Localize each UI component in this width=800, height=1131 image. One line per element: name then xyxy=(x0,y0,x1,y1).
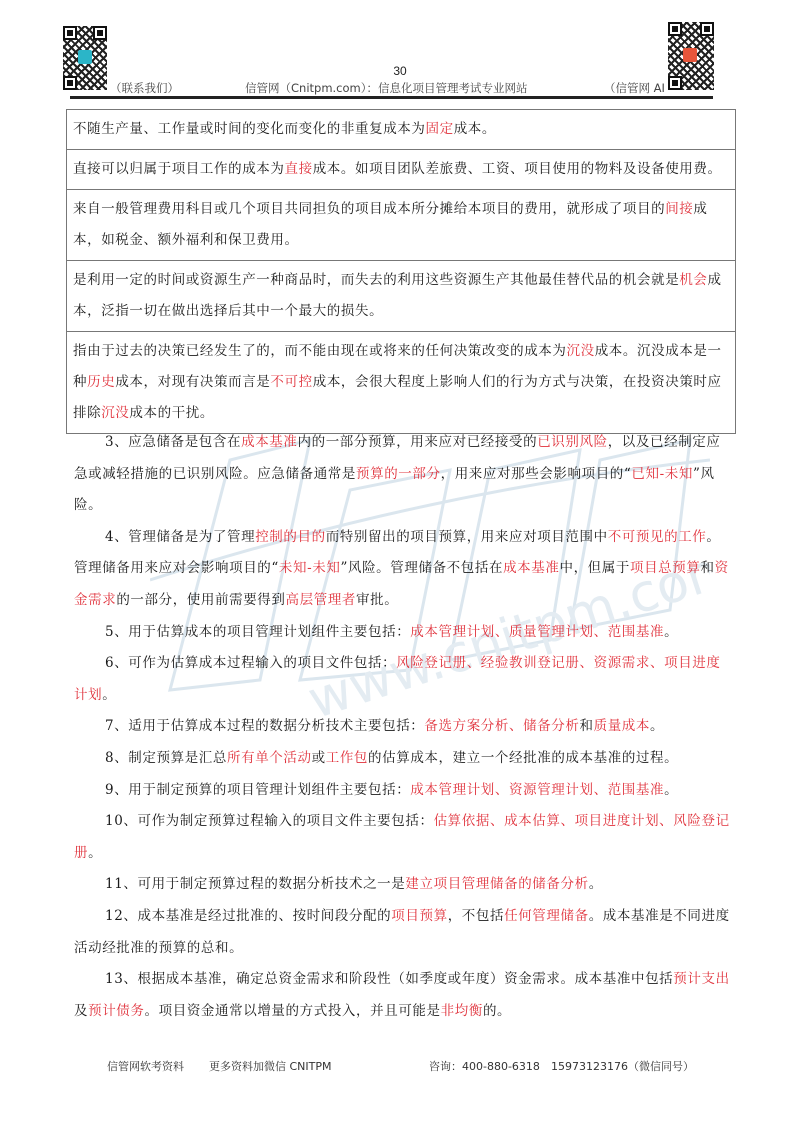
highlighted-term: 不可控 xyxy=(270,374,312,390)
highlighted-term: 高层管理者 xyxy=(286,592,357,608)
text-run: 。 xyxy=(664,624,678,640)
numbered-paragraph: 8、制定预算是汇总所有单个活动或工作包的估算成本，建立一个经批准的成本基准的过程… xyxy=(74,743,734,775)
highlighted-term: 不可预见的工作 xyxy=(608,529,707,545)
cost-definition-table: 不随生产量、工作量或时间的变化而变化的非重复成本为固定成本。直接可以归属于项目工… xyxy=(66,109,736,434)
footer-brand-label: 信管网软考资料 xyxy=(107,1058,184,1074)
highlighted-term: 控制的目的 xyxy=(255,529,326,545)
text-run: 5、用于估算成本的项目管理计划组件主要包括： xyxy=(105,624,410,640)
text-run: 或 xyxy=(312,750,326,766)
text-run: 。 xyxy=(88,845,102,861)
highlighted-term: 非均衡 xyxy=(441,1003,483,1019)
highlighted-term: 工作包 xyxy=(326,750,368,766)
numbered-paragraph: 3、应急储备是包含在成本基准内的一部分预算，用来应对已经接受的已识别风险，以及已… xyxy=(74,427,734,522)
highlighted-term: 未知-未知 xyxy=(279,560,341,576)
qr-code-contact[interactable] xyxy=(63,26,107,90)
highlighted-term: 预计支出 xyxy=(673,971,729,987)
qr-finder-icon xyxy=(63,76,77,90)
cost-table-row: 直接可以归属于项目工作的成本为直接成本。如项目团队差旅费、工资、项目使用的物料及… xyxy=(67,149,735,189)
text-run: 12、成本基准是经过批准的、按时间段分配的 xyxy=(105,908,391,924)
text-run: 成本，对现有决策而言是 xyxy=(115,374,270,390)
text-run: 内的一部分预算，用来应对已经接受的 xyxy=(298,434,538,450)
text-run: 而特别留出的项目预算，用来应对项目范围中 xyxy=(326,529,608,545)
highlighted-term: 质量成本 xyxy=(594,718,650,734)
text-run: 成本。如项目团队差旅费、工资、项目使用的物料及设备使用费。 xyxy=(313,161,722,177)
qr-finder-icon xyxy=(63,26,77,40)
text-run: 成本的干扰。 xyxy=(129,405,214,421)
text-run: 成本。 xyxy=(454,121,496,137)
highlighted-term: 备选方案分析、储备分析 xyxy=(424,718,579,734)
highlighted-term: 直接 xyxy=(285,161,313,177)
numbered-paragraph: 10、可作为制定预算过程输入的项目文件主要包括：估算依据、成本估算、项目进度计划… xyxy=(74,806,734,869)
body-content: 3、应急储备是包含在成本基准内的一部分预算，用来应对已经接受的已识别风险，以及已… xyxy=(74,427,734,1027)
cost-table-row: 不随生产量、工作量或时间的变化而变化的非重复成本为固定成本。 xyxy=(67,110,735,149)
text-run: 9、用于制定预算的项目管理计划组件主要包括： xyxy=(105,782,410,798)
footer-mobile-phone: 15973123176（微信同号） xyxy=(551,1058,694,1074)
text-run: 13、根据成本基准，确定总资金需求和阶段性（如季度或年度）资金需求。成本基准中包… xyxy=(105,971,673,987)
numbered-paragraph: 12、成本基准是经过批准的、按时间段分配的项目预算，不包括任何管理储备。成本基准… xyxy=(74,901,734,964)
highlighted-term: 任何管理储备 xyxy=(504,908,589,924)
qr-code-app[interactable] xyxy=(668,22,714,90)
highlighted-term: 历史 xyxy=(87,374,115,390)
text-run: ”风险。管理储备不包括在 xyxy=(340,560,503,576)
numbered-paragraph: 5、用于估算成本的项目管理计划组件主要包括：成本管理计划、质量管理计划、范围基准… xyxy=(74,617,734,649)
highlighted-term: 项目预算 xyxy=(391,908,447,924)
text-run: 不随生产量、工作量或时间的变化而变化的非重复成本为 xyxy=(73,121,426,137)
qr-finder-icon xyxy=(700,22,714,36)
text-run: 8、制定预算是汇总 xyxy=(105,750,227,766)
footer-wechat-label: 更多资料加微信 CNITPM xyxy=(209,1058,332,1074)
highlighted-term: 间接 xyxy=(665,201,693,217)
highlighted-term: 成本管理计划、资源管理计划、范围基准 xyxy=(410,782,664,798)
text-run: 和 xyxy=(700,560,714,576)
text-run: 及 xyxy=(74,1003,88,1019)
cost-table-row: 来自一般管理费用科目或几个项目共同担负的项目成本所分摊给本项目的费用，就形成了项… xyxy=(67,189,735,260)
text-run: 。项目资金通常以增量的方式投入，并且可能是 xyxy=(145,1003,441,1019)
text-run: 。 xyxy=(650,718,664,734)
text-run: 和 xyxy=(580,718,594,734)
text-run: 。 xyxy=(664,782,678,798)
numbered-paragraph: 7、适用于估算成本过程的数据分析技术主要包括：备选方案分析、储备分析和质量成本。 xyxy=(74,711,734,743)
highlighted-term: 已知-未知 xyxy=(631,466,693,482)
text-run: 。 xyxy=(102,687,116,703)
highlighted-term: 预算的一部分 xyxy=(356,466,441,482)
text-run: 10、可作为制定预算过程输入的项目文件主要包括： xyxy=(105,813,434,829)
text-run: 是利用一定的时间或资源生产一种商品时，而失去的利用这些资源生产其他最佳替代品的机… xyxy=(73,272,679,288)
text-run: 6、可作为估算成本过程输入的项目文件包括： xyxy=(105,655,396,671)
highlighted-term: 成本基准 xyxy=(241,434,297,450)
text-run: 来自一般管理费用科目或几个项目共同担负的项目成本所分摊给本项目的费用，就形成了项… xyxy=(73,201,665,217)
header-site-caption: 信管网（Cnitpm.com）：信息化项目管理考试专业网站 xyxy=(245,80,528,96)
qr-finder-icon xyxy=(668,22,682,36)
highlighted-term: 预计债务 xyxy=(88,1003,144,1019)
highlighted-term: 沉没 xyxy=(101,405,129,421)
text-run: 3、应急储备是包含在 xyxy=(105,434,241,450)
header-divider xyxy=(70,96,713,99)
qr-finder-icon xyxy=(668,76,682,90)
text-run: 指由于过去的决策已经发生了的，而不能由现在或将来的任何决策改变的成本为 xyxy=(73,343,567,359)
text-run: 7、适用于估算成本过程的数据分析技术主要包括： xyxy=(105,718,424,734)
highlighted-term: 固定 xyxy=(426,121,454,137)
numbered-paragraph: 13、根据成本基准，确定总资金需求和阶段性（如季度或年度）资金需求。成本基准中包… xyxy=(74,964,734,1027)
highlighted-term: 成本管理计划、质量管理计划、范围基准 xyxy=(410,624,664,640)
numbered-paragraph: 6、可作为估算成本过程输入的项目文件包括：风险登记册、经验教训登记册、资源需求、… xyxy=(74,648,734,711)
text-run: 中，但属于 xyxy=(559,560,630,576)
numbered-paragraph: 4、管理储备是为了管理控制的目的而特别留出的项目预算，用来应对项目范围中不可预见… xyxy=(74,522,734,617)
numbered-paragraph: 9、用于制定预算的项目管理计划组件主要包括：成本管理计划、资源管理计划、范围基准… xyxy=(74,775,734,807)
highlighted-term: 项目总预算 xyxy=(630,560,701,576)
text-run: 。 xyxy=(589,876,603,892)
highlighted-term: 成本基准 xyxy=(503,560,559,576)
cost-table-row: 是利用一定的时间或资源生产一种商品时，而失去的利用这些资源生产其他最佳替代品的机… xyxy=(67,260,735,331)
qr-logo-icon xyxy=(78,50,92,64)
text-run: 审批。 xyxy=(356,592,398,608)
highlighted-term: 所有单个活动 xyxy=(227,750,312,766)
highlighted-term: 建立项目管理储备的储备分析 xyxy=(405,876,588,892)
page-header: （联系我们） 30 信管网（Cnitpm.com）：信息化项目管理考试专业网站 … xyxy=(0,0,800,100)
text-run: 直接可以归属于项目工作的成本为 xyxy=(73,161,285,177)
header-contact-caption: （联系我们） xyxy=(110,80,179,96)
numbered-paragraph: 11、可用于制定预算过程的数据分析技术之一是建立项目管理储备的储备分析。 xyxy=(74,869,734,901)
text-run: 的估算成本，建立一个经批准的成本基准的过程。 xyxy=(368,750,678,766)
qr-finder-icon xyxy=(93,26,107,40)
qr-logo-icon xyxy=(683,48,697,62)
highlighted-term: 沉没 xyxy=(567,343,595,359)
text-run: ，用来应对那些会影响项目的“ xyxy=(441,466,632,482)
header-app-caption: （信管网 AI xyxy=(604,80,665,96)
text-run: 11、可用于制定预算过程的数据分析技术之一是 xyxy=(105,876,405,892)
text-run: 的。 xyxy=(483,1003,511,1019)
footer-consult-phone: 咨询：400-880-6318 xyxy=(429,1058,540,1074)
text-run: ，不包括 xyxy=(448,908,504,924)
highlighted-term: 机会 xyxy=(679,272,707,288)
text-run: 的一部分，使用前需要得到 xyxy=(116,592,285,608)
highlighted-term: 已识别风险 xyxy=(537,434,608,450)
cost-table-row: 指由于过去的决策已经发生了的，而不能由现在或将来的任何决策改变的成本为沉没成本。… xyxy=(67,331,735,433)
text-run: 4、管理储备是为了管理 xyxy=(105,529,255,545)
